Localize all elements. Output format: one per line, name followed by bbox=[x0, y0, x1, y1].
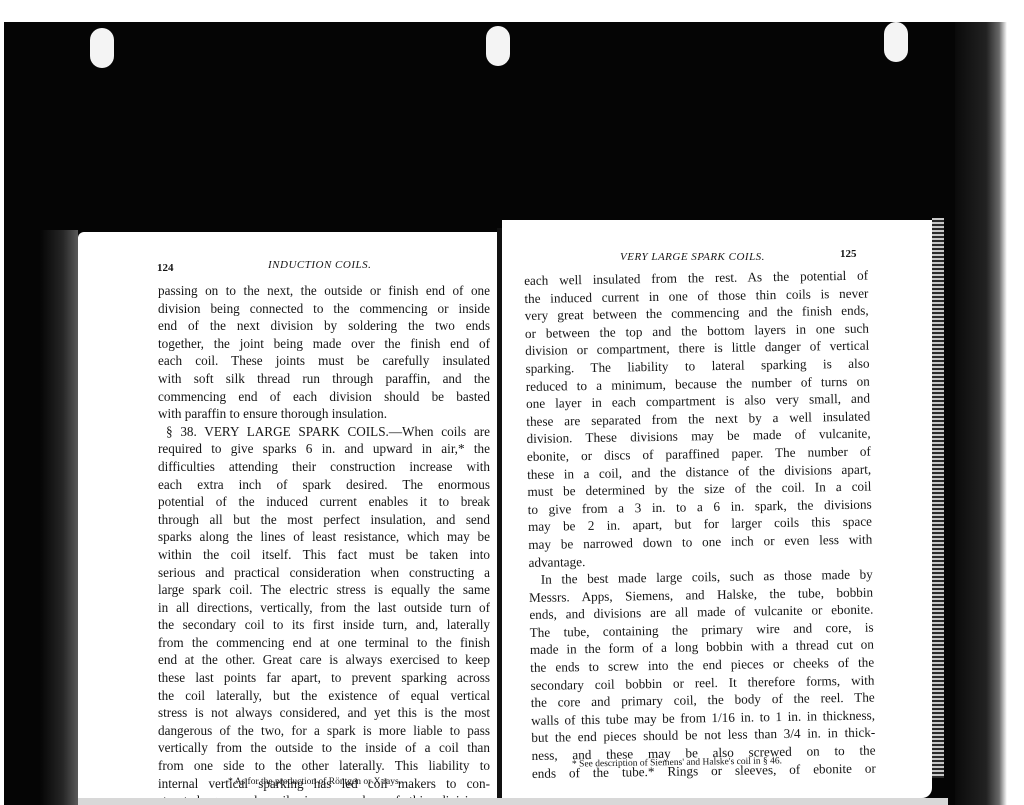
binder-hole-center bbox=[486, 26, 510, 66]
running-head-title: VERY LARGE SPARK COILS. bbox=[620, 251, 765, 263]
running-head-title: INDUCTION COILS. bbox=[268, 259, 371, 271]
footnote: * As for the production of Röntgen or X … bbox=[228, 777, 401, 787]
text-line: each extra inch of spark desired. The en… bbox=[158, 476, 490, 494]
body-text: passing on to the next, the outside or f… bbox=[158, 282, 490, 805]
text-line: end of the next division by soldering th… bbox=[158, 317, 490, 335]
binder-hole-left bbox=[90, 28, 114, 68]
page-stack-edge bbox=[932, 218, 944, 778]
right-page: VERY LARGE SPARK COILS. 125 each well in… bbox=[502, 220, 932, 798]
text-line: passing on to the next, the outside or f… bbox=[158, 282, 490, 300]
running-head: VERY LARGE SPARK COILS. bbox=[620, 251, 765, 263]
text-line: with paraffin to ensure thorough insulat… bbox=[158, 405, 490, 423]
text-line: dangerous of the two, for a spark is mor… bbox=[158, 722, 490, 740]
left-page: 124 INDUCTION COILS. passing on to the n… bbox=[78, 232, 498, 800]
text-line: these last points far apart, to prevent … bbox=[158, 669, 490, 687]
text-line: from the commencing end at one terminal … bbox=[158, 634, 490, 652]
text-line: required to give sparks 6 in. and upward… bbox=[158, 440, 490, 458]
text-line: through all but the most perfect insulat… bbox=[158, 511, 490, 529]
text-line: the coil laterally, but the existence of… bbox=[158, 687, 490, 705]
text-line: within the coil itself. This fact must b… bbox=[158, 546, 490, 564]
text-line: vertically from the outside to the insid… bbox=[158, 739, 490, 757]
text-line: serious and practical consideration when… bbox=[158, 564, 490, 582]
text-line: stress is not always considered, and yet… bbox=[158, 704, 490, 722]
scan-bottom-edge bbox=[78, 798, 948, 805]
scanner-left-edge-noise bbox=[40, 230, 78, 805]
running-head: INDUCTION COILS. bbox=[268, 259, 371, 271]
text-line: each coil. These joints must be carefull… bbox=[158, 352, 490, 370]
text-line: commencing end of each division should b… bbox=[158, 388, 490, 406]
scanner-right-edge-noise bbox=[955, 22, 1007, 805]
text-line: large spark coil. The electric stress is… bbox=[158, 581, 490, 599]
text-line: with soft silk thread run through paraff… bbox=[158, 370, 490, 388]
page-number: 125 bbox=[840, 248, 857, 260]
text-line: end at the other. Great care is always e… bbox=[158, 651, 490, 669]
section-heading-line: § 38. VERY LARGE SPARK COILS.—When coils… bbox=[158, 423, 490, 441]
text-line: difficulties attending their constructio… bbox=[158, 458, 490, 476]
page-number: 124 bbox=[157, 262, 174, 274]
text-line: division being connected to the commenci… bbox=[158, 300, 490, 318]
text-line: potential of the induced current enables… bbox=[158, 493, 490, 511]
text-line: the secondary coil to its first inside t… bbox=[158, 616, 490, 634]
text-line: sparks along the lines of least resistan… bbox=[158, 528, 490, 546]
binder-hole-right bbox=[884, 22, 908, 62]
text-line: in all directions, vertically, from the … bbox=[158, 599, 490, 617]
text-line: from one side to the other laterally. Th… bbox=[158, 757, 490, 775]
body-text: each well insulated from the rest. As th… bbox=[524, 267, 876, 783]
text-line: together, the joint being made over the … bbox=[158, 335, 490, 353]
